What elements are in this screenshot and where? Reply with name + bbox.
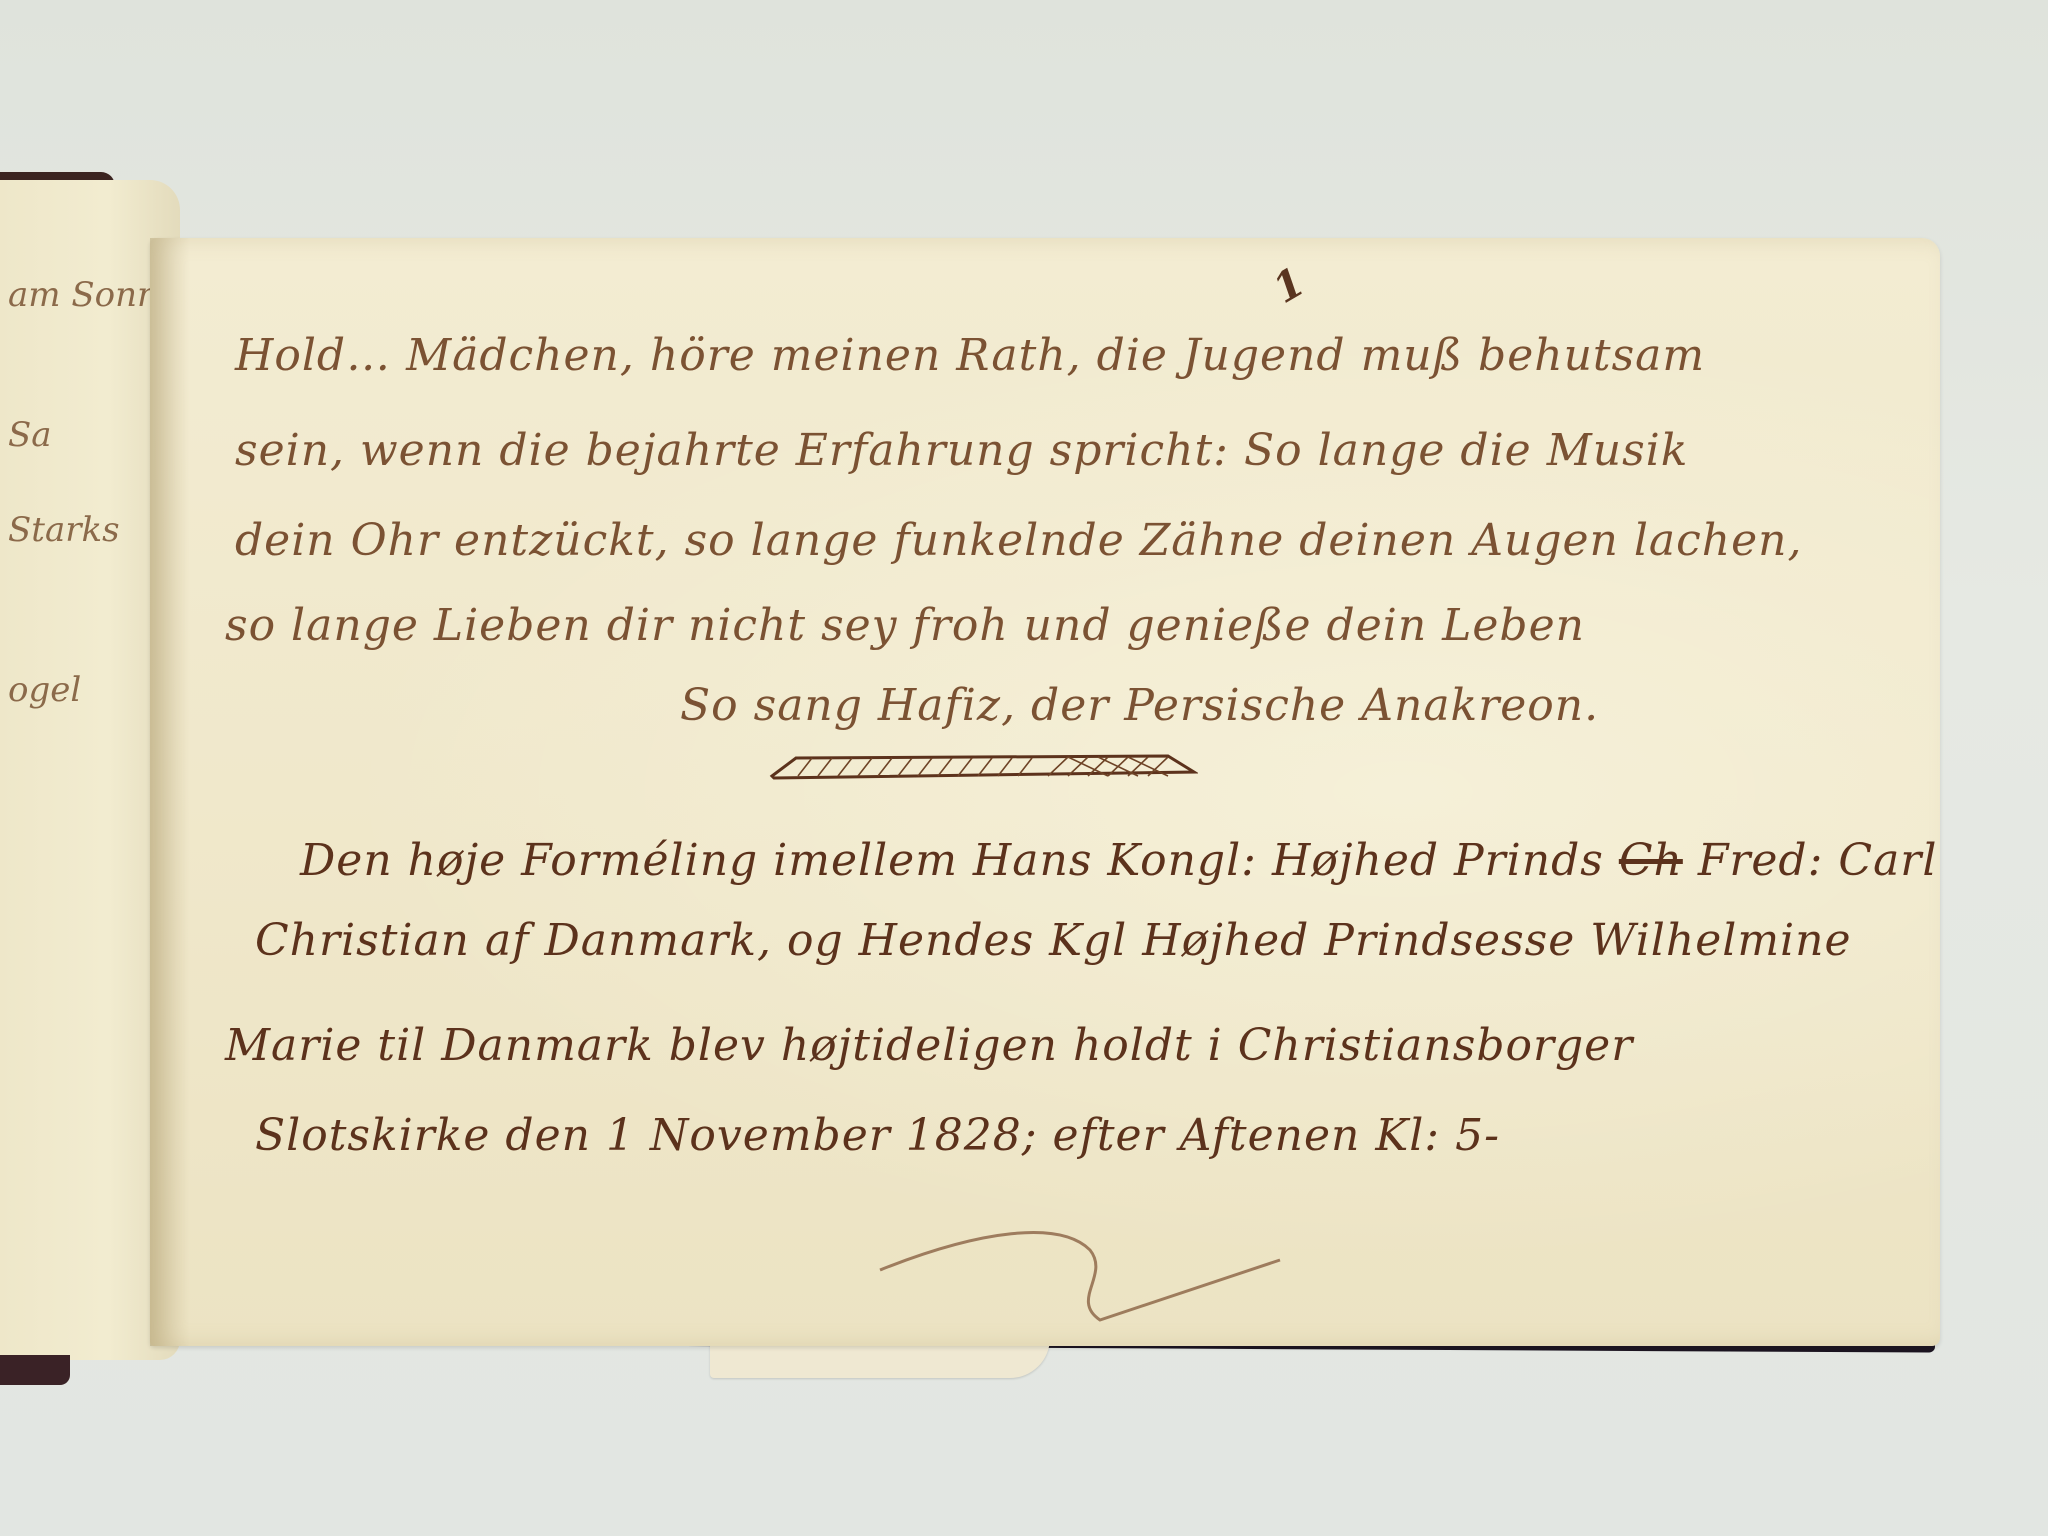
left-page-text-fragment: Sa	[8, 415, 52, 455]
struck-word: Ch	[1619, 835, 1683, 886]
record-line: Marie til Danmark blev højtideligen hold…	[225, 1020, 1633, 1071]
verse-line: sein, wenn die bejahrte Erfahrung sprich…	[235, 425, 1688, 476]
record-line: Slotskirke den 1 November 1828; efter Af…	[255, 1110, 1500, 1161]
verse-attribution: So sang Hafiz, der Persische Anakreon.	[680, 680, 1599, 731]
left-page-text-fragment: Starks	[8, 510, 120, 550]
inserted-words: Fred: Carl	[1698, 835, 1938, 886]
left-page-text-fragment: am Sonn	[8, 275, 159, 315]
photo-scene: am Sonn Sa Starks ogel 1 Hold… Mädchen, …	[0, 0, 2048, 1536]
record-line: Den høje Forméling imellem Hans Kongl: H…	[300, 835, 1937, 886]
verse-line: dein Ohr entzückt, so lange funkelnde Zä…	[235, 515, 1803, 566]
hatched-flourish-icon	[768, 752, 1198, 780]
verse-line: Hold… Mädchen, höre meinen Rath, die Jug…	[235, 330, 1705, 381]
record-line-text: Den høje Forméling imellem Hans Kongl: H…	[300, 835, 1604, 886]
record-line: Christian af Danmark, og Hendes Kgl Højh…	[255, 915, 1852, 966]
book-cover-corner-bottom	[0, 1355, 70, 1385]
left-page-text-fragment: ogel	[8, 670, 81, 710]
pen-flourish-icon	[860, 1220, 1420, 1330]
album-page	[150, 238, 1940, 1346]
verse-line: so lange Lieben dir nicht sey froh und g…	[225, 600, 1585, 651]
gutter-shadow	[150, 238, 190, 1346]
